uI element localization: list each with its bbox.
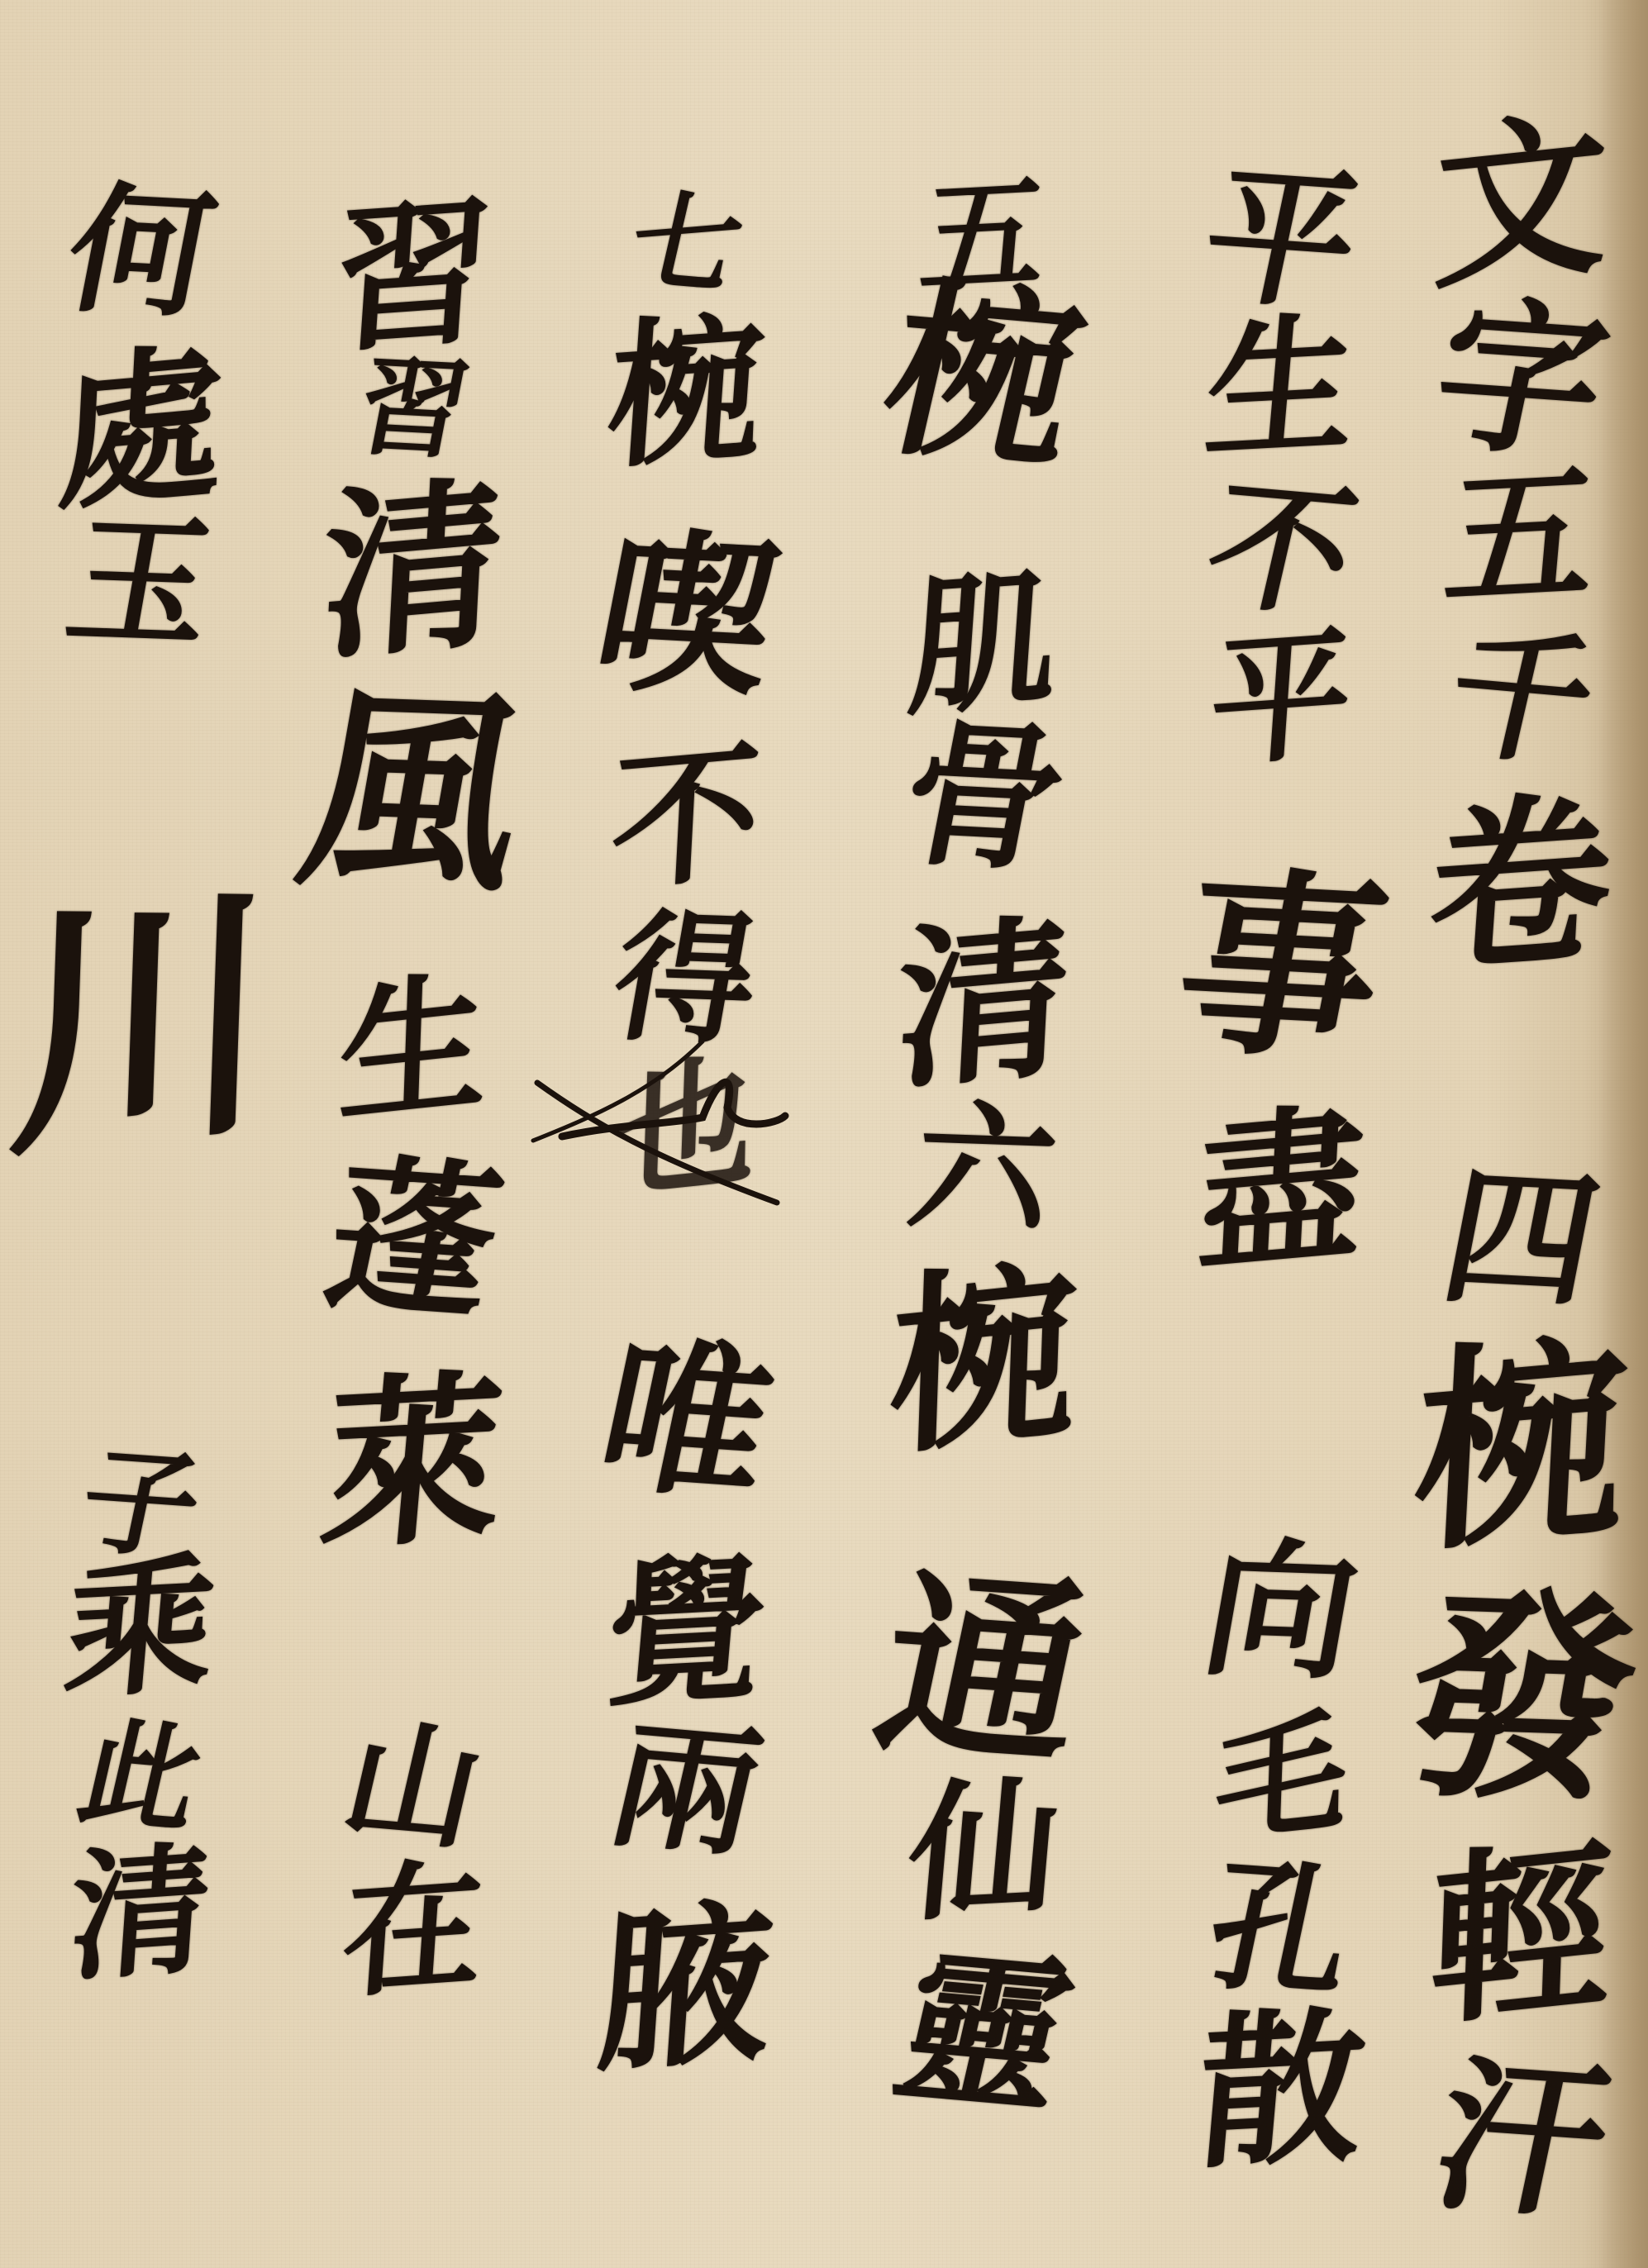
calligraphy-character: 字 xyxy=(1421,293,1621,468)
calligraphy-character: 盡 xyxy=(1194,1099,1368,1280)
calligraphy-character: 習 xyxy=(350,353,478,465)
calligraphy-character: 椀 xyxy=(867,274,1099,478)
calligraphy-character: 生 xyxy=(1200,310,1362,467)
calligraphy-character: 通 xyxy=(864,1565,1103,1775)
calligraphy-character: 卷 xyxy=(1424,787,1618,983)
calligraphy-character: 腋 xyxy=(593,1894,779,2081)
calligraphy-character: 平 xyxy=(1191,161,1370,318)
calligraphy-character: 蓬 xyxy=(313,1152,513,1327)
calligraphy-character: 川 xyxy=(4,878,277,1172)
calligraphy-character: 喫 xyxy=(583,525,789,706)
calligraphy-character: 千 xyxy=(1435,623,1607,774)
calligraphy-column-5: 習習清風生蓬萊山在 xyxy=(281,0,545,2268)
calligraphy-character: 生 xyxy=(336,967,489,1132)
calligraphy-character: 四 xyxy=(1432,1162,1609,1317)
calligraphy-column-2: 平生不平事盡向毛孔散 xyxy=(1174,0,1388,2268)
calligraphy-character: 此 xyxy=(69,1715,211,1839)
calligraphy-character: 孔 xyxy=(1196,1856,1365,2004)
calligraphy-character: 玉 xyxy=(58,511,223,655)
calligraphy-character: 何 xyxy=(57,179,225,325)
calligraphy-character: 覺 xyxy=(601,1549,771,1715)
calligraphy-character: 唯 xyxy=(586,1334,786,1509)
calligraphy-character: 五 xyxy=(1440,459,1602,616)
calligraphy-character: 清 xyxy=(893,909,1074,1099)
calligraphy-character: 平 xyxy=(1206,622,1356,774)
calligraphy-character: 不 xyxy=(1195,474,1367,625)
calligraphy-character: 發 xyxy=(1389,1584,1648,1813)
calligraphy-character: 汗 xyxy=(1421,2053,1621,2228)
calligraphy-character: 椀 xyxy=(603,308,770,478)
calligraphy-character: 七 xyxy=(620,186,751,301)
calligraphy-character: 在 xyxy=(338,1854,488,2005)
calligraphy-character: 不 xyxy=(608,736,764,899)
calligraphy-character: 向 xyxy=(1193,1535,1368,1688)
calligraphy-character: 清 xyxy=(318,470,509,669)
deletion-cross-mark xyxy=(529,1025,793,1207)
calligraphy-character: 椀 xyxy=(1408,1329,1634,1565)
calligraphy-character: 清 xyxy=(65,1837,216,1989)
calligraphy-character: 六 xyxy=(901,1098,1066,1242)
calligraphy-column-1: 文字五千卷四椀發輕汗 xyxy=(1397,0,1645,2268)
calligraphy-character: 骨 xyxy=(890,716,1077,879)
calligraphy-character: 事 xyxy=(1163,864,1399,1070)
calligraphy-character: 肌 xyxy=(904,565,1063,725)
calligraphy-character: 散 xyxy=(1191,2004,1370,2179)
calligraphy-character: 兩 xyxy=(600,1714,772,1865)
calligraphy-character: 毛 xyxy=(1213,1703,1350,1851)
calligraphy-character: 處 xyxy=(54,339,227,520)
calligraphy-character: 乘 xyxy=(60,1550,221,1707)
calligraphy-column-6: 何處玉川子乘此清 xyxy=(17,0,264,2268)
calligraphy-character: 習 xyxy=(330,193,498,362)
calligraphy-character: 椀 xyxy=(886,1254,1082,1465)
calligraphy-character: 文 xyxy=(1431,106,1610,299)
calligraphy-character: 輕 xyxy=(1427,1832,1615,2035)
calligraphy-column-3: 五椀肌骨清六椀通仙靈 xyxy=(860,0,1107,2268)
calligraphy-character: 靈 xyxy=(883,1945,1085,2122)
calligraphy-character: 仙 xyxy=(903,1773,1065,1930)
calligraphy-character: 萊 xyxy=(314,1367,512,1560)
calligraphy-character: 風 xyxy=(287,683,539,904)
calligraphy-character: 山 xyxy=(332,1714,494,1856)
